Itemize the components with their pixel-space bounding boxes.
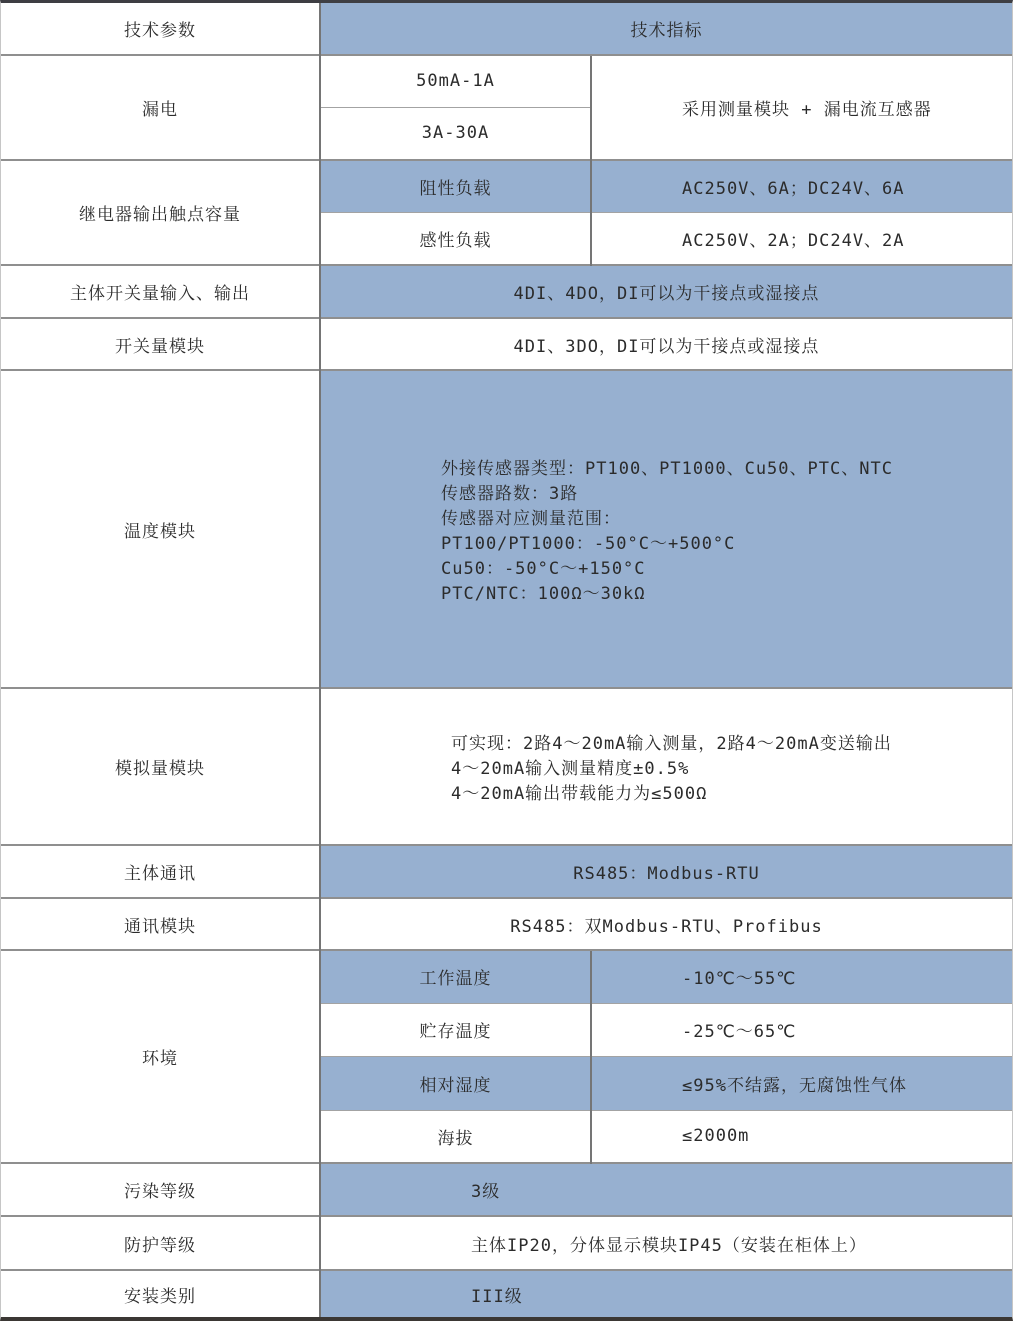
main-dio-label-cell: 主体开关量输入、输出	[1, 265, 320, 318]
spec-page: 技术参数 技术指标 漏电 50mA-1A 采用测量模块 + 漏电流互感器 3A-…	[0, 0, 1013, 1321]
env-row1-name-cell: 贮存温度	[320, 1003, 591, 1056]
env-row2-name-cell: 相对湿度	[320, 1056, 591, 1110]
protection-value-cell: 主体IP20，分体显示模块IP45（安装在柜体上）	[320, 1216, 1012, 1270]
main-dio-value-cell: 4DI、4DO，DI可以为干接点或湿接点	[320, 265, 1012, 318]
main-comm-label-cell: 主体通讯	[1, 845, 320, 898]
leakage-value-cell: 采用测量模块 + 漏电流互感器	[591, 55, 1012, 160]
analog-module-lines: 可实现：2路4～20mA输入测量，2路4～20mA变送输出 4～20mA输入测量…	[321, 729, 1012, 804]
comm-module-value-cell: RS485：双Modbus-RTU、Profibus	[320, 898, 1012, 950]
env-row2-value-cell: ≤95%不结露，无腐蚀性气体	[591, 1056, 1012, 1110]
temp-module-line: Cu50：-50°C～+150°C	[321, 554, 1012, 579]
temp-module-label-cell: 温度模块	[1, 370, 320, 688]
comm-module-label-cell: 通讯模块	[1, 898, 320, 950]
env-row0-name-cell: 工作温度	[320, 950, 591, 1003]
switch-module-value-cell: 4DI、3DO，DI可以为干接点或湿接点	[320, 318, 1012, 370]
relay-resistive-value-cell: AC250V、6A；DC24V、6A	[591, 160, 1012, 212]
header-indicator-cell: 技术指标	[320, 3, 1012, 55]
relay-inductive-value-cell: AC250V、2A；DC24V、2A	[591, 212, 1012, 265]
leakage-range2-cell: 3A-30A	[320, 107, 591, 160]
temp-module-line: 外接传感器类型：PT100、PT1000、Cu50、PTC、NTC	[321, 454, 1012, 479]
pollution-label-cell: 污染等级	[1, 1163, 320, 1216]
temp-module-line: 传感器对应测量范围：	[321, 504, 1012, 529]
relay-inductive-label-cell: 感性负载	[320, 212, 591, 265]
temp-module-value-cell: 外接传感器类型：PT100、PT1000、Cu50、PTC、NTC 传感器路数：…	[320, 370, 1012, 688]
analog-module-label-cell: 模拟量模块	[1, 688, 320, 845]
env-row3-name-cell: 海拔	[320, 1110, 591, 1163]
temp-module-line: PT100/PT1000：-50°C～+500°C	[321, 529, 1012, 554]
switch-module-label-cell: 开关量模块	[1, 318, 320, 370]
relay-resistive-label-cell: 阻性负载	[320, 160, 591, 212]
temp-module-line: 传感器路数：3路	[321, 479, 1012, 504]
leakage-label-cell: 漏电	[1, 55, 320, 160]
env-label-cell: 环境	[1, 950, 320, 1163]
analog-module-line: 4～20mA输出带载能力为≤500Ω	[321, 779, 1012, 804]
env-row3-value-cell: ≤2000m	[591, 1110, 1012, 1163]
relay-label-cell: 继电器输出触点容量	[1, 160, 320, 265]
analog-module-line: 4～20mA输入测量精度±0.5%	[321, 754, 1012, 779]
env-row1-value-cell: -25℃～65℃	[591, 1003, 1012, 1056]
analog-module-value-cell: 可实现：2路4～20mA输入测量，2路4～20mA变送输出 4～20mA输入测量…	[320, 688, 1012, 845]
temp-module-line: PTC/NTC：100Ω～30kΩ	[321, 579, 1012, 604]
env-row0-value-cell: -10℃～55℃	[591, 950, 1012, 1003]
header-param-cell: 技术参数	[1, 3, 320, 55]
analog-module-line: 可实现：2路4～20mA输入测量，2路4～20mA变送输出	[321, 729, 1012, 754]
protection-label-cell: 防护等级	[1, 1216, 320, 1270]
pollution-value-cell: 3级	[320, 1163, 1012, 1216]
installation-value-cell: III级	[320, 1270, 1012, 1317]
installation-label-cell: 安装类别	[1, 1270, 320, 1317]
spec-table: 技术参数 技术指标 漏电 50mA-1A 采用测量模块 + 漏电流互感器 3A-…	[1, 3, 1012, 1317]
main-comm-value-cell: RS485：Modbus-RTU	[320, 845, 1012, 898]
temp-module-lines: 外接传感器类型：PT100、PT1000、Cu50、PTC、NTC 传感器路数：…	[321, 454, 1012, 604]
leakage-range1-cell: 50mA-1A	[320, 55, 591, 107]
